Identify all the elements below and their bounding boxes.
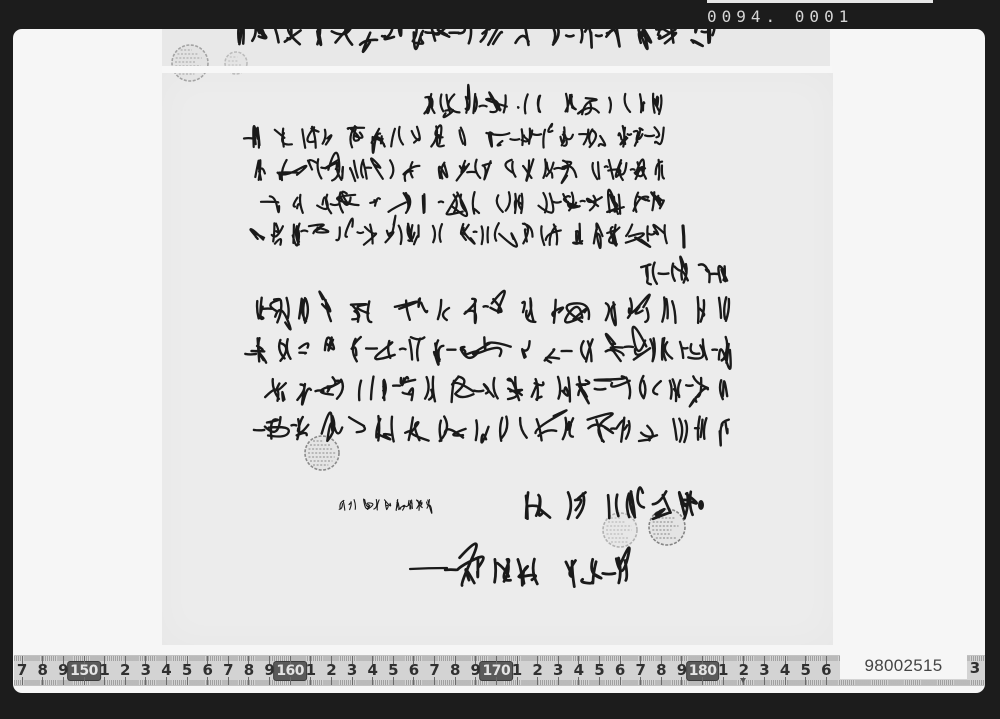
ruler-unit-tick (475, 656, 476, 664)
ruler-unit-tick (290, 677, 291, 685)
cursive-strokes (238, 14, 714, 52)
handwritten-signature (445, 544, 629, 587)
ruler-unit-tick (352, 677, 353, 685)
ruler-unit-tick (661, 677, 662, 685)
ruler-unit-tick (826, 656, 827, 664)
ruler-unit-tick (290, 656, 291, 664)
ruler-unit-tick (84, 656, 85, 664)
ruler-unit-tick (393, 677, 394, 685)
cursive-strokes (255, 153, 664, 183)
ruler-unit-tick (125, 677, 126, 685)
ruler-unit-tick (187, 677, 188, 685)
ruler-unit-tick (537, 677, 538, 685)
cursive-strokes (641, 257, 727, 285)
ruler-unit-tick (702, 656, 703, 664)
ruler-unit-tick (578, 677, 579, 685)
handwritten-annotation (339, 499, 432, 513)
cursive-strokes (424, 85, 661, 117)
ruler-unit-tick (681, 677, 682, 685)
handwritten-line (424, 85, 661, 117)
ruler-end-mark: 3 (966, 659, 984, 677)
handwritten-line (641, 257, 727, 285)
ruler-unit-tick (723, 677, 724, 685)
handwriting-layer (0, 0, 1000, 719)
ruler-unit-tick (228, 656, 229, 664)
ruler-unit-tick (455, 677, 456, 685)
ruler-unit-tick (640, 656, 641, 664)
ruler-unit-tick (372, 656, 373, 664)
ruler-unit-tick (661, 656, 662, 664)
ruler-unit-tick (42, 677, 43, 685)
microfilm-frame: 0094. 0001 (0, 0, 1000, 719)
ruler-unit-tick (764, 656, 765, 664)
ruler-unit-tick (187, 656, 188, 664)
ruler-unit-tick (434, 677, 435, 685)
ruler-unit-tick (331, 677, 332, 685)
ruler-unit-tick (310, 677, 311, 685)
handwritten-line (265, 376, 727, 406)
ruler-unit-tick (372, 677, 373, 685)
reel-id: 98002515 (840, 656, 967, 676)
ruler-unit-tick (517, 656, 518, 664)
cursive-strokes (244, 124, 664, 153)
ruler-unit-tick (22, 656, 23, 664)
ruler-unit-tick (207, 677, 208, 685)
ruler-unit-tick (764, 677, 765, 685)
ruler-unit-tick (125, 656, 126, 664)
ruler-unit-tick (620, 656, 621, 664)
ruler-unit-tick (496, 677, 497, 685)
cursive-strokes (445, 544, 629, 587)
ruler-unit-tick (269, 656, 270, 664)
handwritten-line (257, 291, 729, 330)
ruler-unit-tick (620, 677, 621, 685)
ruler-unit-tick (248, 677, 249, 685)
seal-stamp (305, 436, 339, 470)
handwritten-line (245, 327, 730, 369)
cursive-strokes (250, 216, 666, 248)
ruler-unit-tick (537, 656, 538, 664)
ruler-unit-tick (599, 656, 600, 664)
ruler-unit-tick (785, 656, 786, 664)
ruler-unit-tick (310, 656, 311, 664)
seal-stamp (172, 45, 208, 81)
ruler-unit-tick (413, 656, 414, 664)
ruler-unit-tick (455, 656, 456, 664)
ruler-unit-tick (558, 656, 559, 664)
ruler-unit-tick (475, 677, 476, 685)
handwritten-line (255, 153, 664, 183)
ruler-unit-tick (352, 656, 353, 664)
ruler-unit-tick (248, 656, 249, 664)
ruler-unit-tick (166, 677, 167, 685)
ruler-unit-tick (269, 677, 270, 685)
ruler-unit-tick (42, 656, 43, 664)
ruler-unit-tick (517, 677, 518, 685)
ruler-unit-tick (805, 677, 806, 685)
ruler-unit-tick (393, 656, 394, 664)
ruler-unit-tick (228, 677, 229, 685)
signature-tail-stroke (410, 568, 447, 569)
ruler-unit-tick (104, 677, 105, 685)
ruler-unit-tick (723, 656, 724, 664)
ruler-unit-tick (434, 656, 435, 664)
ruler-unit-tick (104, 656, 105, 664)
handwritten-line (261, 190, 664, 216)
cursive-strokes (261, 190, 664, 216)
ruler-unit-tick (558, 677, 559, 685)
item-mark-ichi (683, 226, 684, 247)
ruler-unit-tick (743, 656, 744, 664)
ruler-unit-tick (496, 656, 497, 664)
ruler-unit-tick (702, 677, 703, 685)
cursive-strokes (339, 499, 432, 513)
ruler-unit-tick (640, 677, 641, 685)
ruler-unit-tick (681, 656, 682, 664)
sheet-join-gap (162, 66, 832, 73)
ruler-unit-tick (599, 677, 600, 685)
ruler-unit-tick (145, 677, 146, 685)
ruler-unit-tick (826, 677, 827, 685)
ruler-unit-tick (166, 656, 167, 664)
item-mark-dot (698, 500, 704, 510)
ruler-unit-tick (63, 677, 64, 685)
cursive-strokes (257, 291, 729, 330)
ruler-unit-tick (207, 656, 208, 664)
handwritten-line (244, 124, 664, 153)
ruler-unit-tick (805, 656, 806, 664)
ruler-marker-triangle (740, 678, 746, 683)
ruler-unit-tick (785, 677, 786, 685)
cursive-strokes (265, 376, 727, 406)
ruler-unit-tick (145, 656, 146, 664)
ruler-unit-tick (331, 656, 332, 664)
ruler-unit-tick (22, 677, 23, 685)
ruler-unit-tick (413, 677, 414, 685)
ruler-unit-tick (578, 656, 579, 664)
handwritten-line (250, 216, 666, 248)
ruler-unit-tick (84, 677, 85, 685)
cursive-strokes (245, 327, 730, 369)
ruler-unit-tick (63, 656, 64, 664)
handwritten-line-fragment (238, 14, 714, 52)
